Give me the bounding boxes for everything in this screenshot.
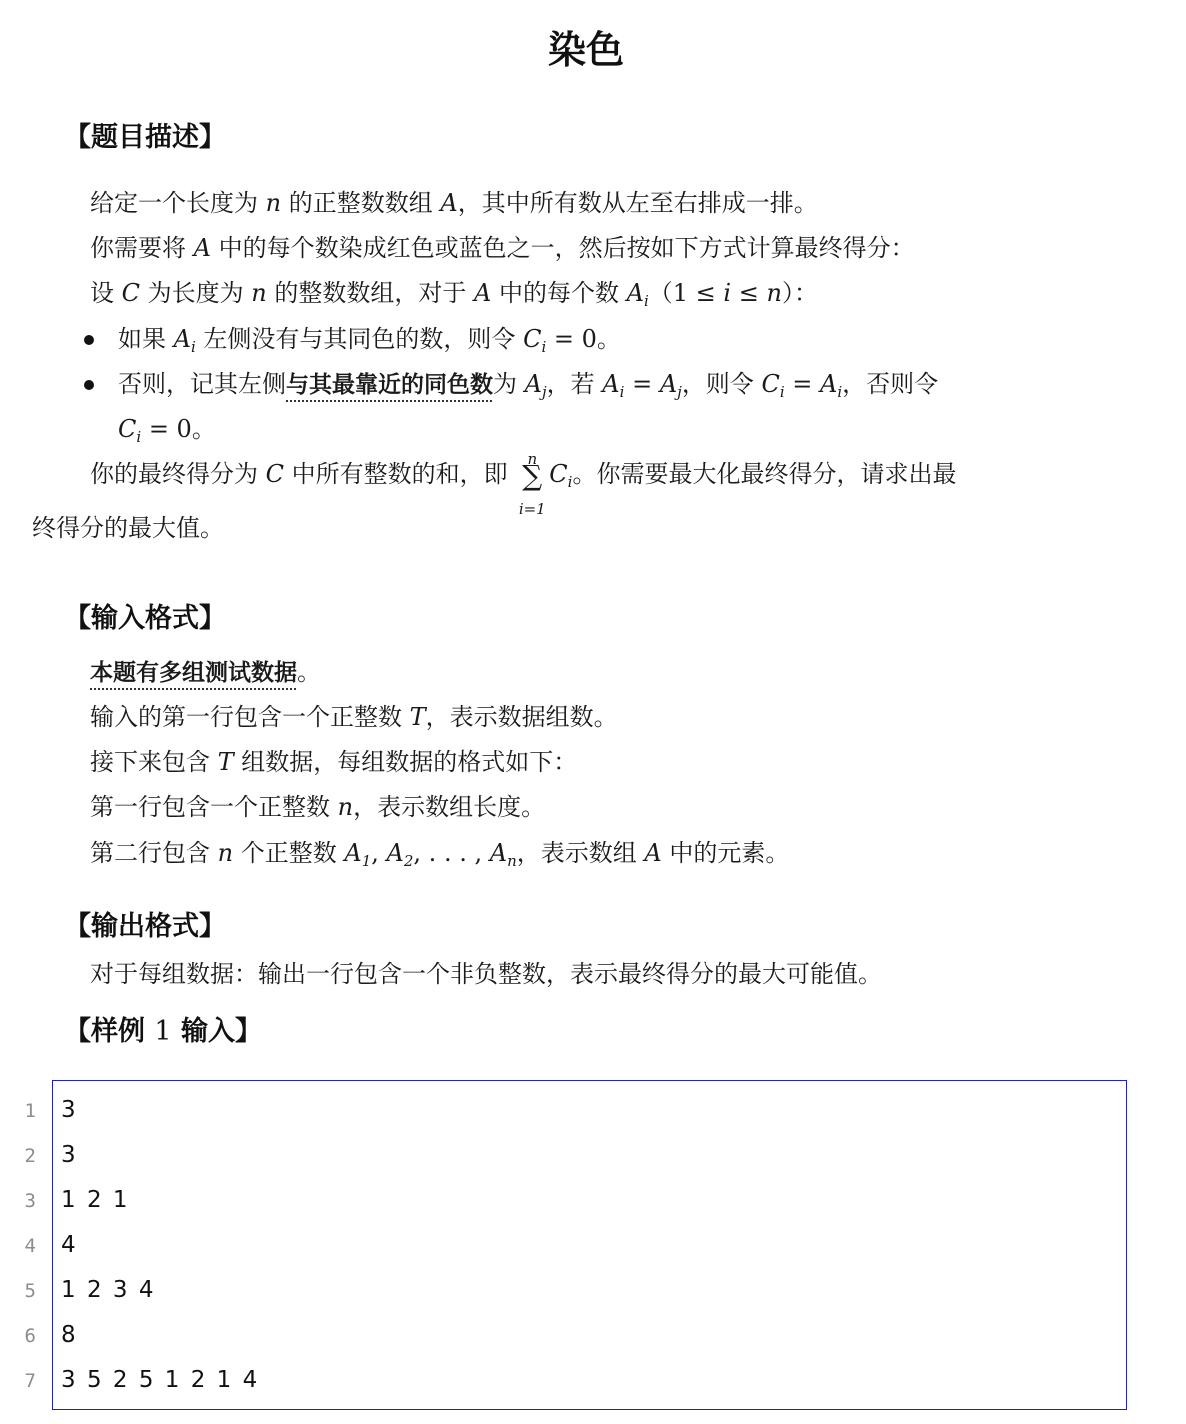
- text: 。: [297, 658, 321, 686]
- output-format-line-1: 对于每组数据：输出一行包含一个非负整数，表示最终得分的最大可能值。: [90, 957, 882, 991]
- text: 为长度为: [140, 279, 251, 307]
- input-format-line-5: 第二行包含 n 个正整数 A1, A2, . . . , An，表示数组 A 中…: [90, 836, 789, 878]
- math-var: n: [766, 279, 781, 307]
- text: 如果: [118, 325, 174, 353]
- math-var: A: [344, 839, 361, 867]
- text: = 0。: [141, 415, 216, 443]
- text: = 0。: [546, 325, 621, 353]
- text: ，否则令: [842, 370, 938, 398]
- math-var: A: [660, 370, 677, 398]
- math-var: A: [174, 325, 191, 353]
- text: 否则，记其左侧: [118, 370, 286, 398]
- text: 你需要将: [90, 234, 194, 262]
- code-line: 3: [61, 1140, 76, 1170]
- section-heading-sample-1-input: 【样例 1 输入】: [64, 1014, 262, 1050]
- bullet-icon: [84, 380, 94, 390]
- input-format-line-3: 接下来包含 T 组数据，每组数据的格式如下：: [90, 745, 577, 779]
- math-var: n: [266, 189, 281, 217]
- math-var: C: [266, 460, 284, 488]
- line-number: 5: [0, 1276, 36, 1306]
- bullet-item-2: 否则，记其左侧与其最靠近的同色数为 Aj，若 Ai = Aj，则令 Ci = A…: [118, 367, 938, 409]
- text: 中所有整数的和，即: [284, 460, 515, 488]
- text: 中的每个数染成红色或蓝色之一，然后按如下方式计算最终得分：: [211, 234, 915, 262]
- math-var: T: [410, 703, 426, 731]
- bullet-item-2-continuation: Ci = 0。: [118, 412, 216, 454]
- text: 输入】: [172, 1016, 262, 1047]
- description-paragraph-2: 你需要将 A 中的每个数染成红色或蓝色之一，然后按如下方式计算最终得分：: [90, 231, 915, 265]
- text: 第一行包含一个正整数: [90, 793, 338, 821]
- sum-upper-bound: n: [517, 442, 547, 476]
- bullet-item-1: 如果 Ai 左侧没有与其同色的数，则令 Ci = 0。: [118, 322, 621, 364]
- math-var: A: [194, 234, 211, 262]
- math-var: A: [525, 370, 542, 398]
- math-var: A: [627, 279, 644, 307]
- text: 个正整数: [233, 839, 344, 867]
- text: 接下来包含: [90, 748, 218, 776]
- text: 的整数数组，对于: [267, 279, 474, 307]
- emphasized-text: 与其最靠近的同色数: [286, 372, 493, 398]
- text: 第二行包含: [90, 839, 218, 867]
- math-var: T: [218, 748, 234, 776]
- text: ≤: [731, 279, 766, 307]
- text: ，表示数组长度。: [353, 793, 545, 821]
- text: 。你需要最大化最终得分，请求出最: [572, 460, 956, 488]
- description-paragraph-4-continuation: 终得分的最大值。: [32, 511, 224, 545]
- input-format-line-4: 第一行包含一个正整数 n，表示数组长度。: [90, 790, 545, 824]
- line-number: 3: [0, 1186, 36, 1216]
- text: 的正整数数组: [281, 189, 440, 217]
- text: 为: [493, 370, 525, 398]
- text: 【样例: [64, 1016, 154, 1047]
- sum-lower-bound: i=1: [511, 492, 553, 526]
- sample-number: 1: [154, 1016, 171, 1047]
- text: =: [624, 370, 659, 398]
- section-heading-description: 【题目描述】: [64, 120, 226, 156]
- text: =: [785, 370, 820, 398]
- text: 输入的第一行包含一个正整数: [90, 703, 410, 731]
- math-var: n: [218, 839, 233, 867]
- text: ,: [371, 839, 386, 867]
- text: 给定一个长度为: [90, 189, 266, 217]
- line-number: 4: [0, 1231, 36, 1261]
- code-line: 4: [61, 1230, 76, 1260]
- math-subscript: 1: [362, 852, 372, 870]
- text: ，表示数组: [517, 839, 645, 867]
- sample-input-code-block[interactable]: 3 3 1 2 1 4 1 2 3 4 8 3 5 2 5 1 2 1 4: [52, 1080, 1127, 1410]
- text: 你的最终得分为: [90, 460, 266, 488]
- text: ）：: [782, 279, 818, 307]
- section-heading-input-format: 【输入格式】: [64, 601, 226, 637]
- math-var: C: [523, 325, 541, 353]
- text: 中的每个数: [491, 279, 626, 307]
- bullet-icon: [84, 335, 94, 345]
- math-var: C: [122, 279, 140, 307]
- text: , . . . ,: [413, 839, 489, 867]
- description-paragraph-1: 给定一个长度为 n 的正整数数组 A，其中所有数从左至右排成一排。: [90, 186, 818, 220]
- text: ，则令: [682, 370, 762, 398]
- text: 中的元素。: [662, 839, 790, 867]
- text: 左侧没有与其同色的数，则令: [196, 325, 523, 353]
- text: 组数据，每组数据的格式如下：: [234, 748, 578, 776]
- math-var: A: [387, 839, 404, 867]
- line-number: 1: [0, 1096, 36, 1126]
- math-var: A: [602, 370, 619, 398]
- input-format-line-2: 输入的第一行包含一个正整数 T，表示数据组数。: [90, 700, 618, 734]
- text: ，其中所有数从左至右排成一排。: [458, 189, 818, 217]
- math-var: n: [338, 793, 353, 821]
- math-var: A: [644, 839, 661, 867]
- code-line: 3 5 2 5 1 2 1 4: [61, 1365, 257, 1395]
- math-var: A: [490, 839, 507, 867]
- code-line: 8: [61, 1320, 76, 1350]
- text: （1 ≤: [649, 279, 724, 307]
- summation-symbol: n∑i=1: [517, 462, 547, 490]
- description-paragraph-3: 设 C 为长度为 n 的整数数组，对于 A 中的每个数 Ai（1 ≤ i ≤ n…: [90, 276, 818, 318]
- math-var: A: [440, 189, 457, 217]
- math-var: C: [118, 415, 136, 443]
- page-title: 染色: [0, 24, 1172, 76]
- line-number: 2: [0, 1141, 36, 1171]
- line-number: 7: [0, 1366, 36, 1396]
- math-var: C: [761, 370, 779, 398]
- math-var: i: [723, 279, 731, 307]
- math-subscript: 2: [404, 852, 414, 870]
- emphasized-text: 本题有多组测试数据: [90, 660, 297, 686]
- input-format-line-1: 本题有多组测试数据。: [90, 655, 321, 690]
- section-heading-output-format: 【输出格式】: [64, 909, 226, 945]
- line-number: 6: [0, 1321, 36, 1351]
- math-var: A: [820, 370, 837, 398]
- math-subscript: n: [507, 852, 517, 870]
- text: ，若: [547, 370, 603, 398]
- code-line: 3: [61, 1095, 76, 1125]
- math-var: A: [474, 279, 491, 307]
- description-paragraph-4: 你的最终得分为 C 中所有整数的和，即 n∑i=1Ci。你需要最大化最终得分，请…: [90, 457, 956, 499]
- math-var: n: [251, 279, 266, 307]
- text: 设: [90, 279, 122, 307]
- code-line: 1 2 3 4: [61, 1275, 153, 1305]
- math-var: C: [549, 460, 567, 488]
- text: ，表示数据组数。: [426, 703, 618, 731]
- code-line: 1 2 1: [61, 1185, 128, 1215]
